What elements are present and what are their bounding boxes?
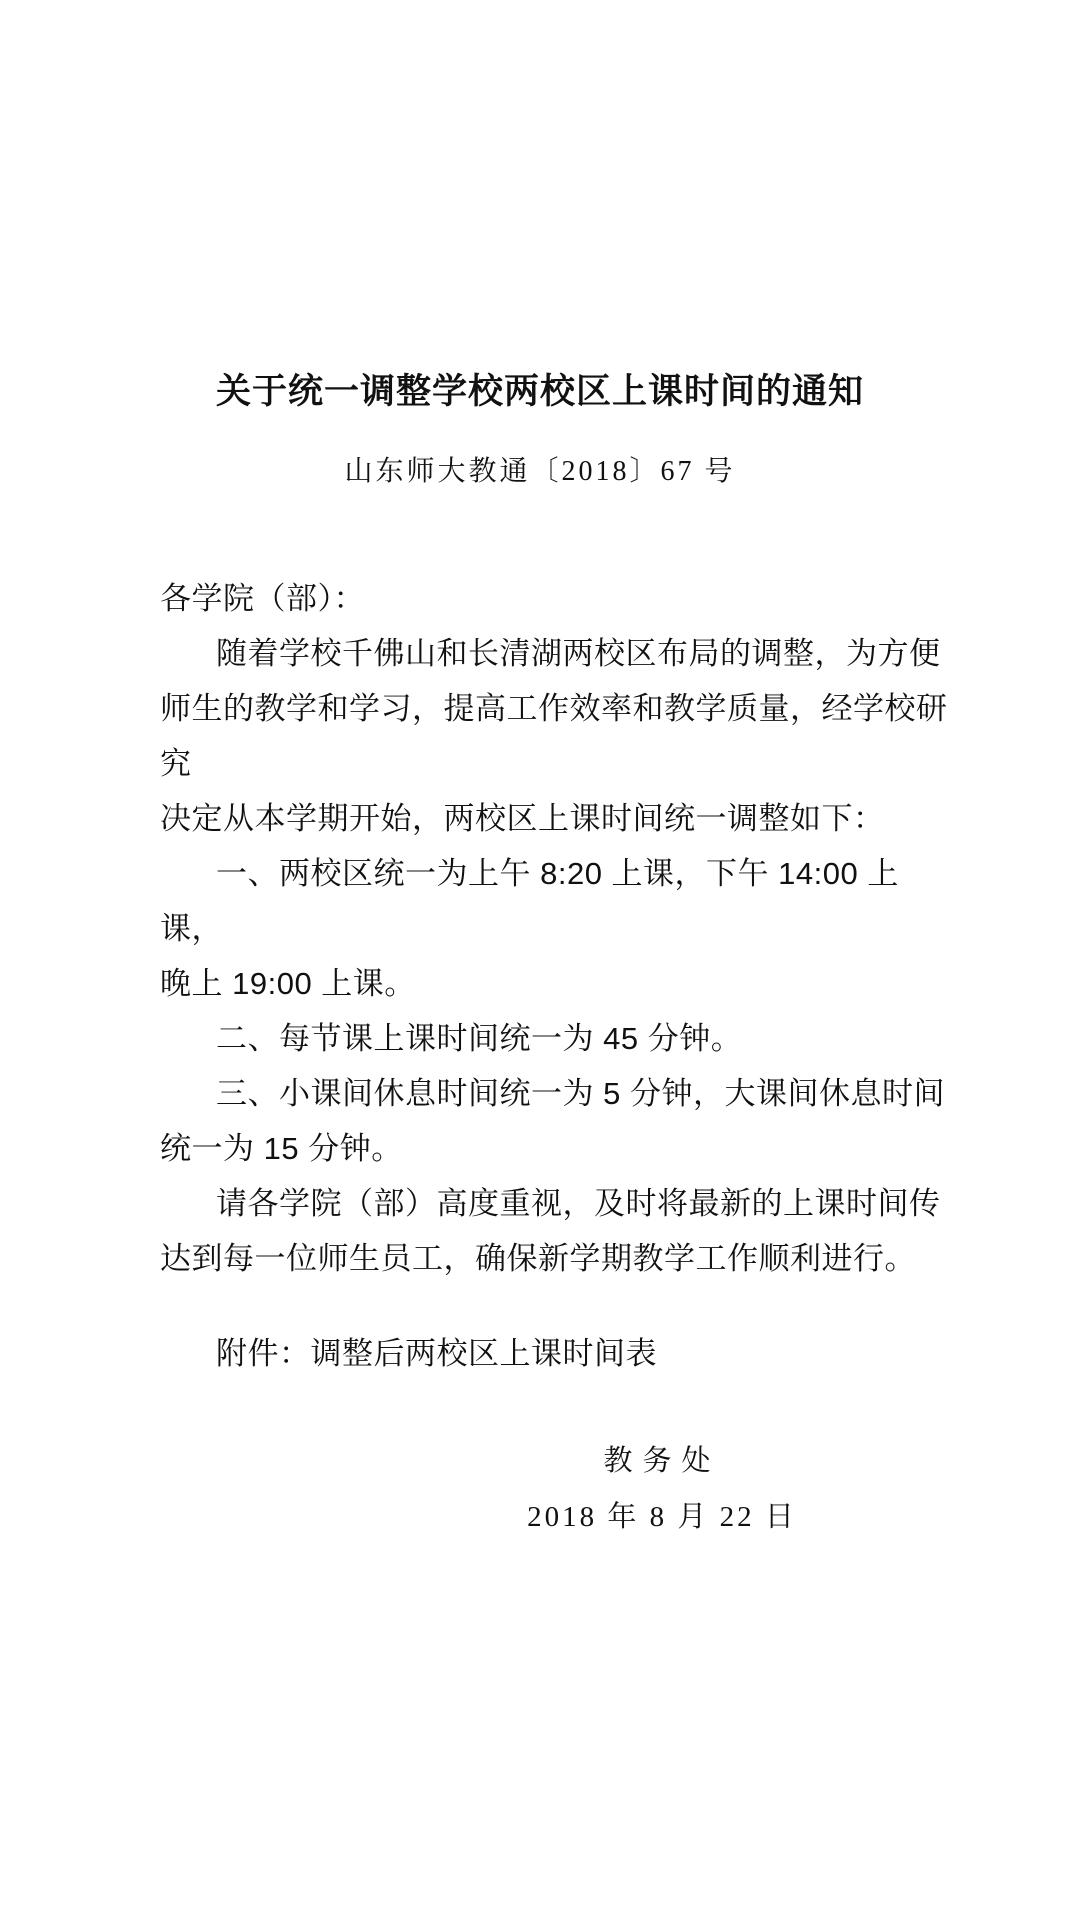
paragraph-closing: 请各学院（部）高度重视，及时将最新的上课时间传 达到每一位师生员工，确保新学期教… — [160, 1176, 950, 1286]
paragraph-intro: 随着学校千佛山和长清湖两校区布局的调整，为方便 师生的教学和学习，提高工作效率和… — [160, 626, 950, 846]
attachment-line: 附件：调整后两校区上课时间表 — [160, 1326, 950, 1381]
document-number: 山东师大教通〔2018〕67 号 — [0, 449, 1080, 489]
signature-department: 教务处 — [603, 1438, 720, 1479]
document-body: 各学院（部）： 随着学校千佛山和长清湖两校区布局的调整，为方便 师生的教学和学习… — [160, 571, 950, 1381]
document-page: 关于统一调整学校两校区上课时间的通知 山东师大教通〔2018〕67 号 各学院（… — [0, 0, 1080, 1920]
document-title: 关于统一调整学校两校区上课时间的通知 — [0, 364, 1080, 414]
signature-date: 2018 年 8 月 22 日 — [527, 1494, 797, 1535]
list-item-1: 一、两校区统一为上午 8:20 上课，下午 14:00 上课， 晚上 19:00… — [160, 846, 950, 1011]
list-item-3: 三、小课间休息时间统一为 5 分钟，大课间休息时间 统一为 15 分钟。 — [160, 1066, 950, 1176]
list-item-2: 二、每节课上课时间统一为 45 分钟。 — [160, 1011, 950, 1066]
salutation: 各学院（部）： — [160, 571, 950, 626]
